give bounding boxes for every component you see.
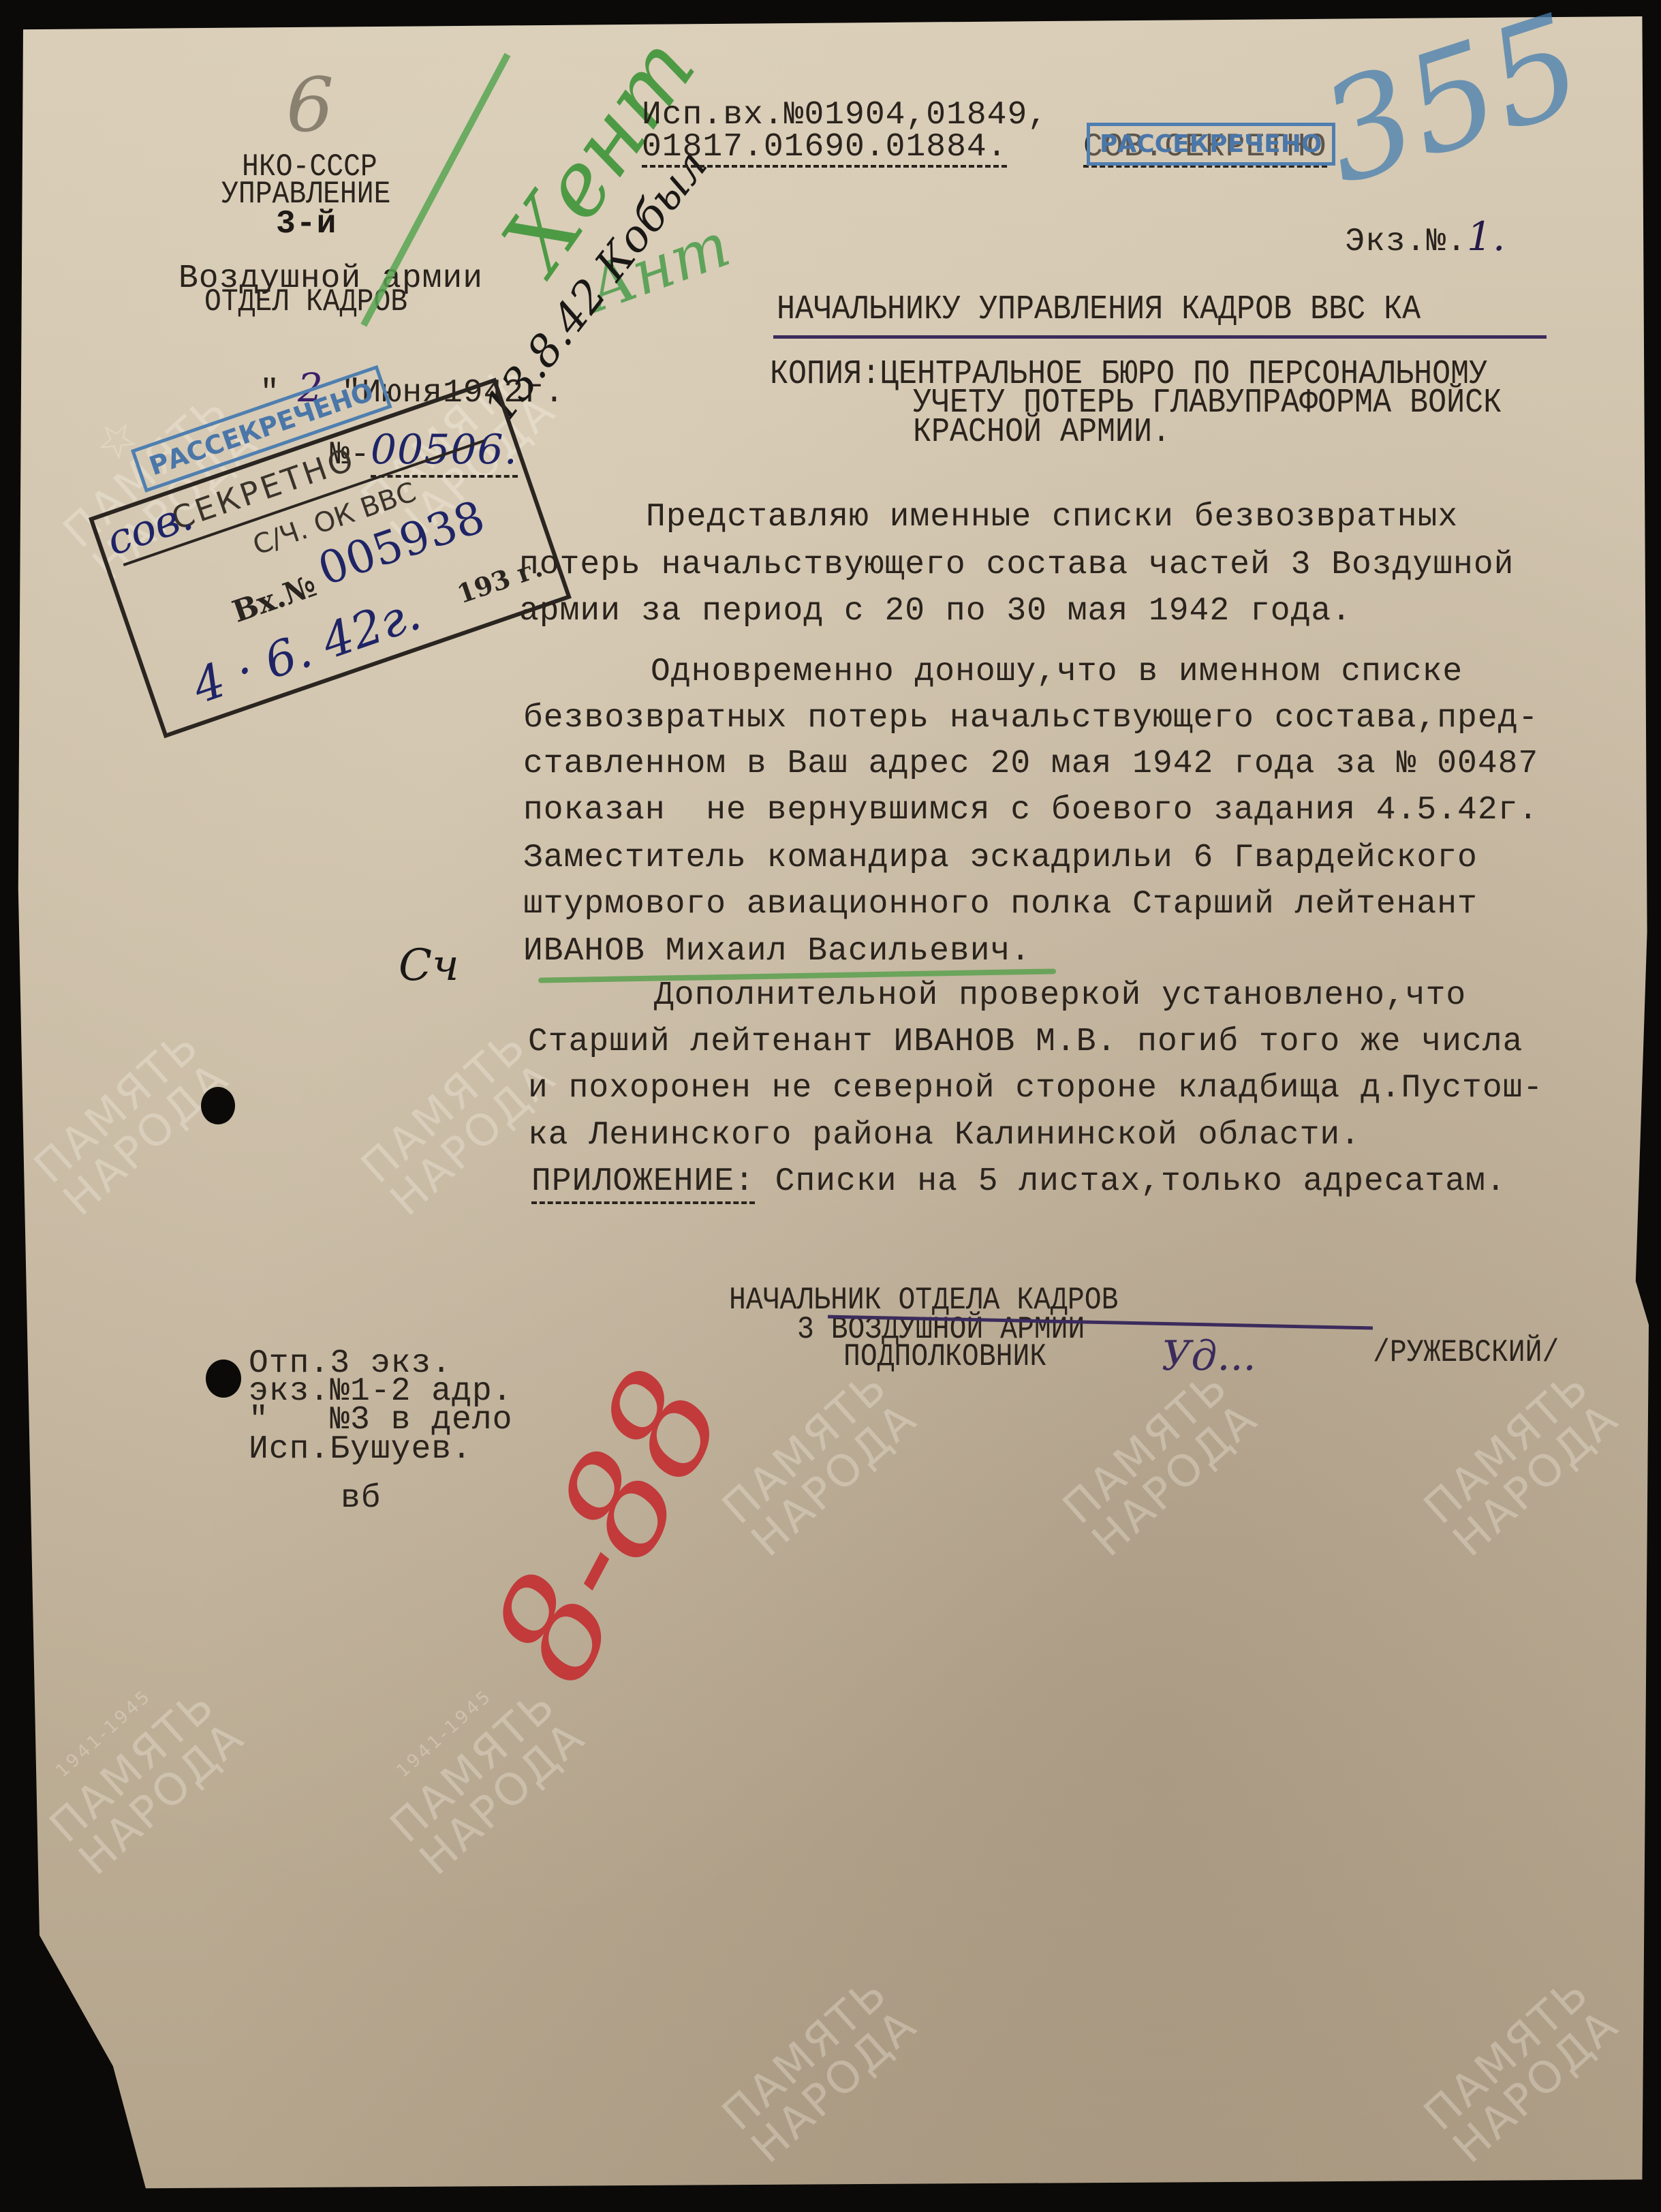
note-line-4: Исп.Бушуев. bbox=[249, 1433, 472, 1466]
body-p1-l3: армии за период с 20 по 30 мая 1942 года… bbox=[519, 595, 1352, 628]
signature-title-3: ПОДПОЛКОВНИК bbox=[843, 1341, 1046, 1372]
margin-note: Сч bbox=[399, 940, 459, 991]
body-p2-l7-name: ИВАНОВ Михаил Васильевич. bbox=[523, 935, 1031, 968]
body-p1-l1: Представляю именные списки безвозвратных bbox=[646, 501, 1458, 534]
note-line-5: вб bbox=[341, 1482, 382, 1515]
attachment-line: ПРИЛОЖЕНИЕ: Списки на 5 листах,только ад… bbox=[531, 1165, 1506, 1198]
signatory-name: /РУЖЕВСКИЙ/ bbox=[1373, 1337, 1559, 1368]
body-p3-l1: Дополнительной проверкой установлено,что bbox=[654, 979, 1466, 1012]
body-p3-l3: и похоронен не северной стороне кладбища… bbox=[528, 1072, 1543, 1105]
reference-line-1: Исп.вх.№01904,01849, bbox=[642, 99, 1048, 132]
punch-hole bbox=[206, 1360, 241, 1398]
body-p2-l2: безвозвратных потерь начальствующего сос… bbox=[523, 702, 1538, 735]
body-p3-l2: Старший лейтенант ИВАНОВ М.В. погиб того… bbox=[528, 1026, 1523, 1058]
body-p2-l4: показан не вернувшимся с боевого задания… bbox=[523, 794, 1538, 827]
body-p2-l5: Заместитель командира эскадрильи 6 Гвард… bbox=[523, 842, 1478, 874]
body-p1-l2: потерь начальствующего состава частей 3 … bbox=[519, 549, 1514, 581]
declassified-stamp-top: РАССЕКРЕЧЕНО bbox=[1087, 123, 1335, 166]
pencil-mark: 6 bbox=[286, 61, 334, 149]
org-line-3: 3-й bbox=[276, 208, 337, 241]
addressee-to: НАЧАЛЬНИКУ УПРАВЛЕНИЯ КАДРОВ ВВС КА bbox=[777, 293, 1421, 327]
signature-scrawl: Уд... bbox=[1162, 1332, 1256, 1380]
copy-to-line-3: КРАСНОЙ АРМИИ. bbox=[913, 416, 1170, 450]
purple-underline bbox=[773, 335, 1547, 339]
body-p3-l4: ка Ленинского района Калининской области… bbox=[528, 1119, 1361, 1152]
body-p2-l6: штурмового авиационного полка Старший ле… bbox=[523, 888, 1478, 921]
body-p2-l1: Одновременно доношу,что в именном списке bbox=[651, 656, 1463, 688]
reference-line-2: 01817.01690.01884. bbox=[642, 131, 1007, 168]
body-p2-l3: ставленном в Ваш адрес 20 мая 1942 года … bbox=[523, 748, 1538, 780]
punch-hole bbox=[201, 1087, 235, 1124]
